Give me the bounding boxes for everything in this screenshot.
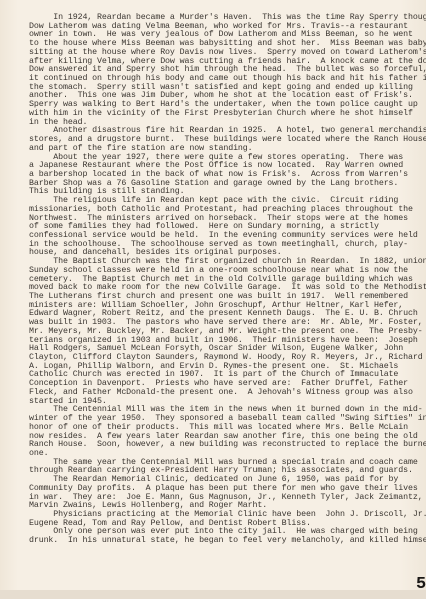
page-bottom-edge xyxy=(0,590,426,599)
text-line: drunk. In his unnatural state, he began … xyxy=(29,537,419,546)
typewritten-page: In 1924, Reardan became a Murder's Haven… xyxy=(0,0,426,599)
text-line: with him in the vicinity of the First Pr… xyxy=(29,110,419,119)
text-line: Ranch House. Soon, however, a new buildi… xyxy=(29,441,419,450)
document-body: In 1924, Reardan became a Murder's Haven… xyxy=(29,14,419,546)
